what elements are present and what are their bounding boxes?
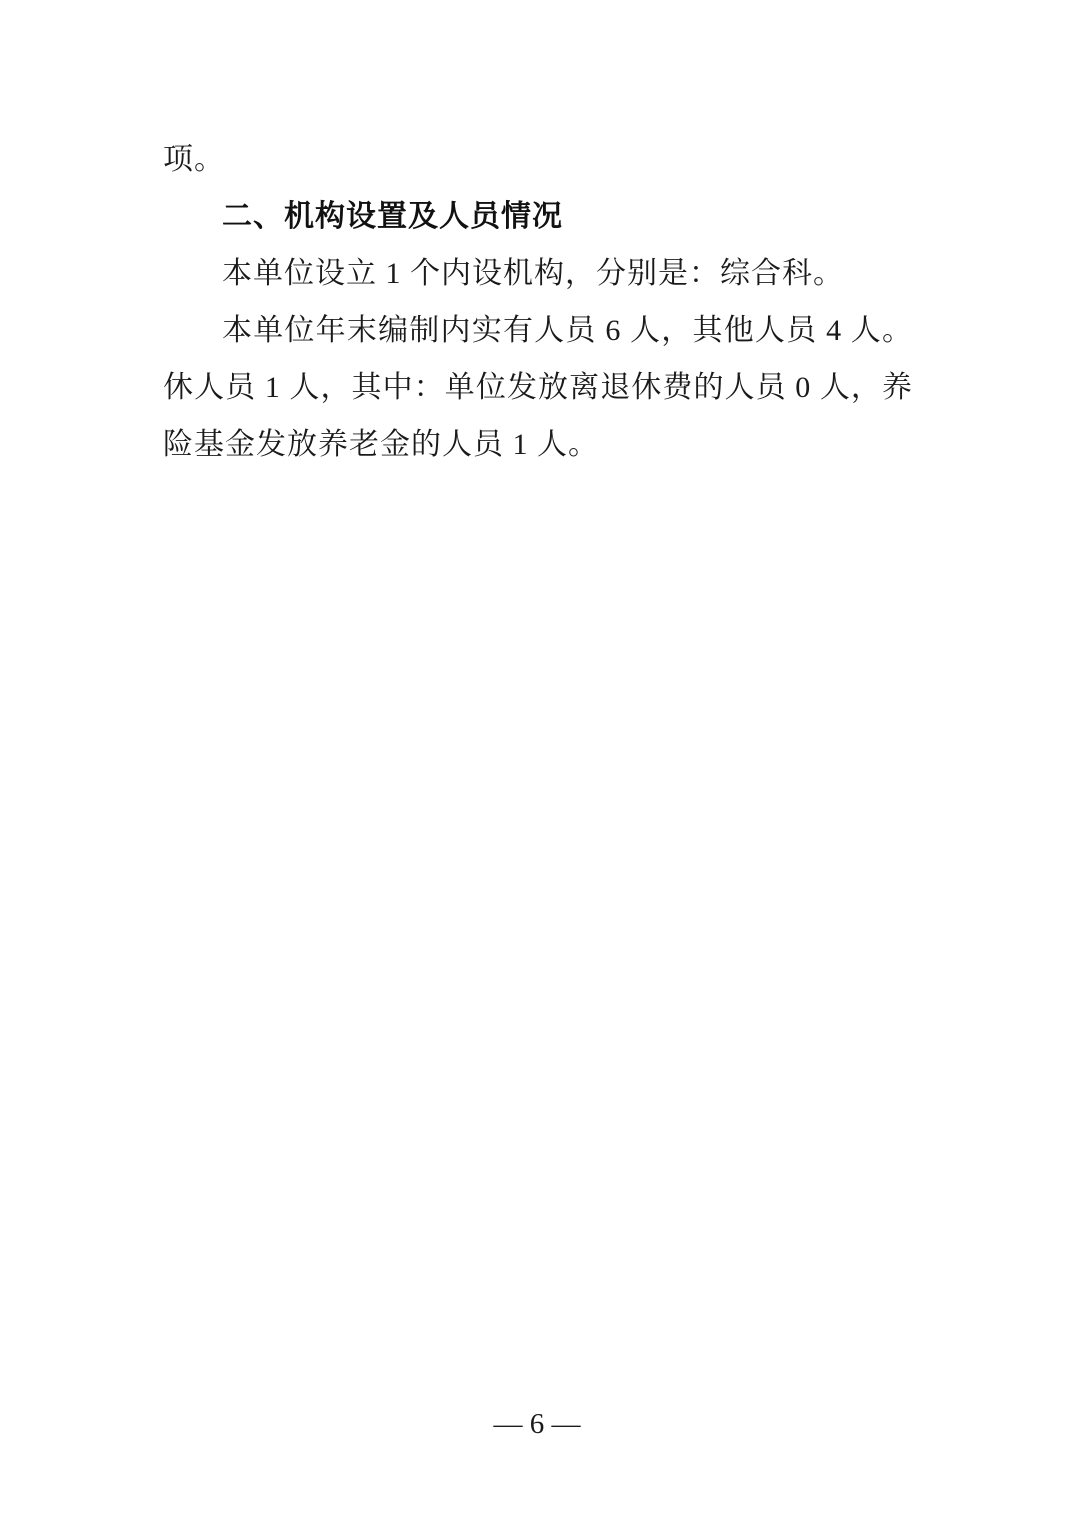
page-number: — 6 — [0, 1402, 1074, 1446]
document-page: 项。 二、机构设置及人员情况 本单位设立 1 个内设机构，分别是：综合科。 本单… [0, 0, 1074, 1520]
paragraph-2-line-3: 险基金发放养老金的人员 1 人。 [163, 416, 913, 473]
section-heading: 二、机构设置及人员情况 [163, 188, 913, 245]
paragraph-2-line-2: 休人员 1 人，其中：单位发放离退休费的人员 0 人，养老保 [163, 359, 913, 416]
paragraph-1: 本单位设立 1 个内设机构，分别是：综合科。 [163, 245, 913, 302]
paragraph-2-line-1: 本单位年末编制内实有人员 6 人，其他人员 4 人。离退 [163, 302, 913, 359]
document-content: 项。 二、机构设置及人员情况 本单位设立 1 个内设机构，分别是：综合科。 本单… [163, 131, 913, 473]
previous-paragraph-tail: 项。 [163, 131, 913, 188]
